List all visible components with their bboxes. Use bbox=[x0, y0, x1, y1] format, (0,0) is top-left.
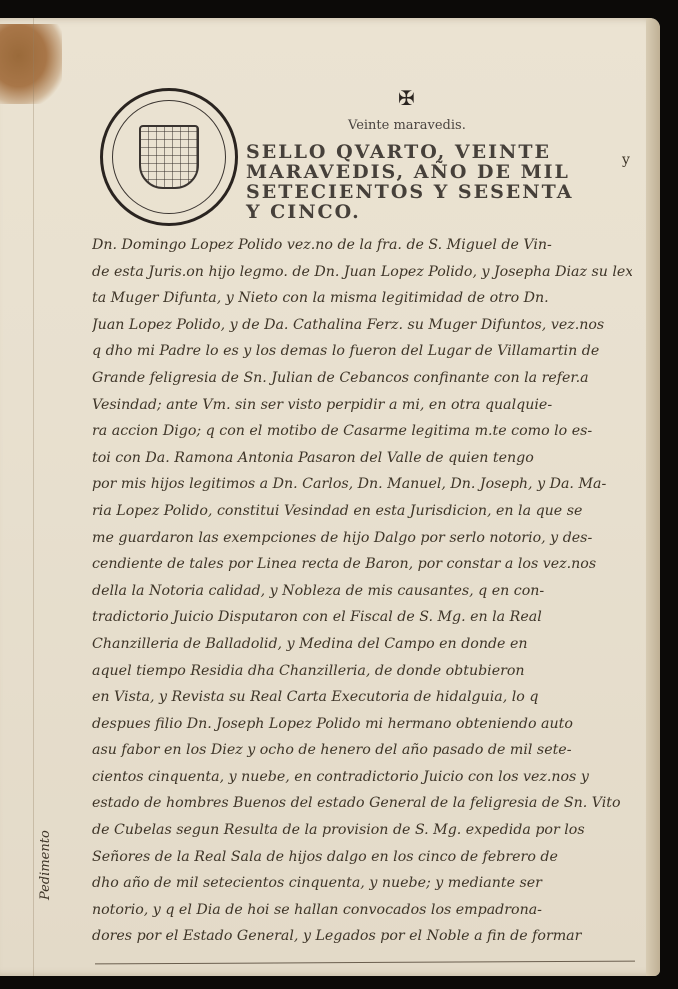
text-line: asu fabor en los Diez y ocho de henero d… bbox=[92, 737, 632, 764]
page-edge bbox=[646, 18, 660, 976]
text-line: por mis hijos legitimos a Dn. Carlos, Dn… bbox=[92, 471, 632, 498]
text-line: despues filio Dn. Joseph Lopez Polido mi… bbox=[92, 711, 632, 738]
text-line: Grande feligresia de Sn. Julian de Ceban… bbox=[92, 365, 632, 392]
text-line: en Vista, y Revista su Real Carta Execut… bbox=[92, 684, 632, 711]
text-line: de Cubelas segun Resulta de la provision… bbox=[92, 817, 632, 844]
margin-annotation: Pedimento bbox=[38, 830, 53, 900]
text-line: me guardaron las exempciones de hijo Dal… bbox=[92, 525, 632, 552]
stamp-paper-header: SELLO QVARTO, VEINTE MARAVEDIS, AÑO DE M… bbox=[246, 142, 586, 222]
text-line: tradictorio Juicio Disputaron con el Fis… bbox=[92, 604, 632, 631]
text-line: Juan Lopez Polido, y de Da. Cathalina Fe… bbox=[92, 312, 632, 339]
royal-seal-stamp bbox=[100, 88, 238, 226]
cross-icon: ✠ bbox=[398, 86, 415, 110]
text-line: q dho mi Padre lo es y los demas lo fuer… bbox=[92, 338, 632, 365]
text-line: Dn. Domingo Lopez Polido vez.no de la fr… bbox=[92, 232, 632, 259]
stamp-line: Y CINCO. bbox=[246, 202, 586, 222]
coat-of-arms-icon bbox=[139, 125, 199, 189]
text-line: toi con Da. Ramona Antonia Pasaron del V… bbox=[92, 445, 632, 472]
seal-ring bbox=[112, 100, 226, 214]
text-line: della la Notoria calidad, y Nobleza de m… bbox=[92, 578, 632, 605]
text-line: cientos cinquenta, y nuebe, en contradic… bbox=[92, 764, 632, 791]
fold-line bbox=[33, 18, 34, 976]
paper-stain bbox=[0, 24, 62, 104]
text-line: cendiente de tales por Linea recta de Ba… bbox=[92, 551, 632, 578]
text-line: aquel tiempo Residia dha Chanzilleria, d… bbox=[92, 658, 632, 685]
text-line: ra accion Digo; q con el motibo de Casar… bbox=[92, 418, 632, 445]
text-line: dores por el Estado General, y Legados p… bbox=[92, 923, 632, 950]
stamp-line: MARAVEDIS, AÑO DE MIL bbox=[246, 162, 586, 182]
right-margin-mark: y bbox=[622, 152, 630, 168]
handwritten-body: Dn. Domingo Lopez Polido vez.no de la fr… bbox=[92, 232, 632, 950]
stamp-line: SELLO QVARTO, VEINTE bbox=[246, 142, 586, 162]
text-line: ta Muger Difunta, y Nieto con la misma l… bbox=[92, 285, 632, 312]
text-line: Chanzilleria de Balladolid, y Medina del… bbox=[92, 631, 632, 658]
text-line: ria Lopez Polido, constitui Vesindad en … bbox=[92, 498, 632, 525]
text-line: notorio, y q el Dia de hoi se hallan con… bbox=[92, 897, 632, 924]
text-line: estado de hombres Buenos del estado Gene… bbox=[92, 790, 632, 817]
text-line: Señores de la Real Sala de hijos dalgo e… bbox=[92, 844, 632, 871]
stamp-line: SETECIENTOS Y SESENTA bbox=[246, 182, 586, 202]
text-line: dho año de mil setecientos cinquenta, y … bbox=[92, 870, 632, 897]
text-line: de esta Juris.on hijo legmo. de Dn. Juan… bbox=[92, 259, 632, 286]
stamp-price-line: Veinte maravedis. bbox=[348, 118, 466, 133]
text-line: Vesindad; ante Vm. sin ser visto perpidi… bbox=[92, 392, 632, 419]
